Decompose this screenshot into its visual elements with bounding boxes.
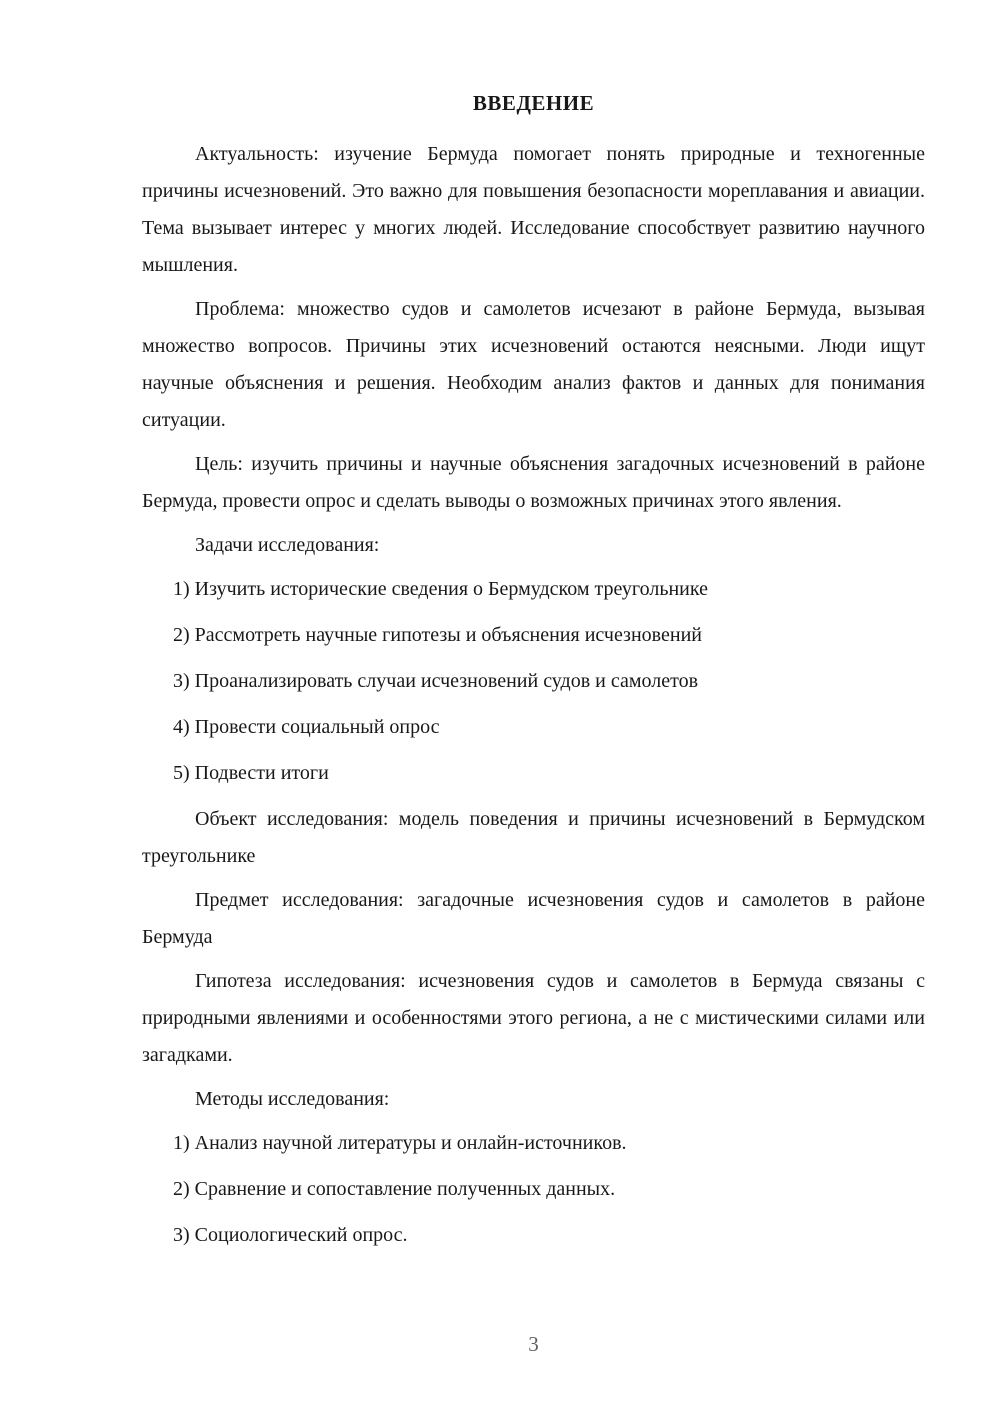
task-item-3: 3) Проанализировать случаи исчезновений … bbox=[142, 663, 925, 700]
tasks-list: 1) Изучить исторические сведения о Берму… bbox=[142, 571, 925, 792]
document-page: ВВЕДЕНИЕ Актуальность: изучение Бермуда … bbox=[0, 0, 1000, 1414]
paragraph-goal: Цель: изучить причины и научные объяснен… bbox=[142, 446, 925, 520]
paragraph-hypothesis: Гипотеза исследования: исчезновения судо… bbox=[142, 963, 925, 1074]
section-title: ВВЕДЕНИЕ bbox=[142, 85, 925, 122]
task-item-4: 4) Провести социальный опрос bbox=[142, 709, 925, 746]
tasks-heading: Задачи исследования: bbox=[142, 527, 925, 564]
paragraph-relevance: Актуальность: изучение Бермуда помогает … bbox=[142, 136, 925, 284]
task-item-1: 1) Изучить исторические сведения о Берму… bbox=[142, 571, 925, 608]
page-content: ВВЕДЕНИЕ Актуальность: изучение Бермуда … bbox=[142, 85, 925, 1263]
methods-list: 1) Анализ научной литературы и онлайн-ис… bbox=[142, 1125, 925, 1254]
method-item-2: 2) Сравнение и сопоставление полученных … bbox=[142, 1171, 925, 1208]
paragraph-problem: Проблема: множество судов и самолетов ис… bbox=[142, 291, 925, 439]
methods-heading: Методы исследования: bbox=[142, 1081, 925, 1118]
method-item-3: 3) Социологический опрос. bbox=[142, 1217, 925, 1254]
method-item-1: 1) Анализ научной литературы и онлайн-ис… bbox=[142, 1125, 925, 1162]
page-number: 3 bbox=[142, 1330, 925, 1358]
task-item-2: 2) Рассмотреть научные гипотезы и объясн… bbox=[142, 617, 925, 654]
paragraph-subject: Предмет исследования: загадочные исчезно… bbox=[142, 882, 925, 956]
task-item-5: 5) Подвести итоги bbox=[142, 755, 925, 792]
paragraph-object: Объект исследования: модель поведения и … bbox=[142, 801, 925, 875]
